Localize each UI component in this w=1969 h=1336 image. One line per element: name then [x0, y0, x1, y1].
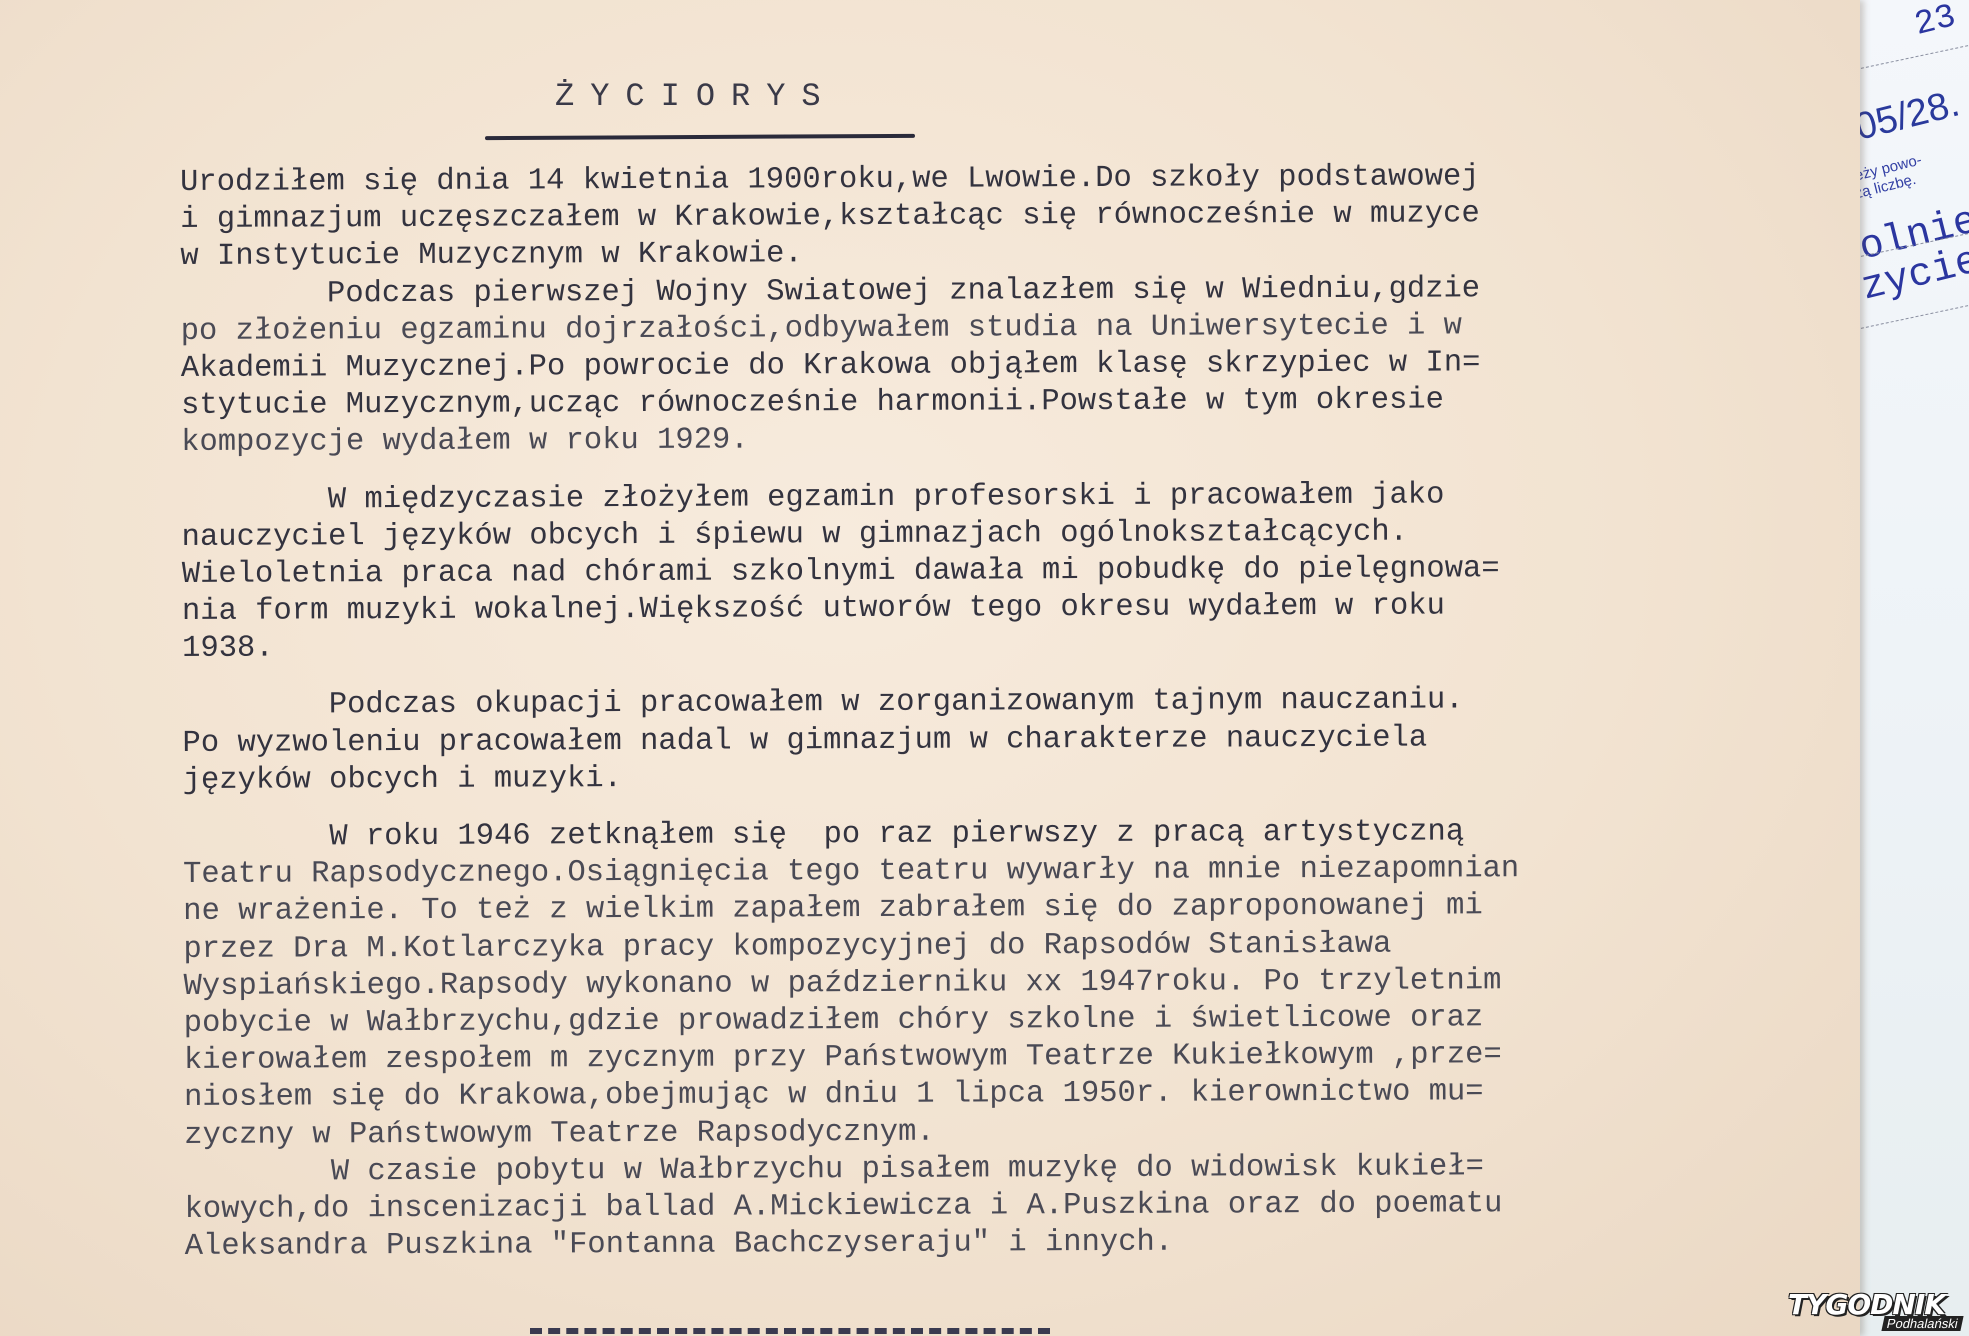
typed-dash-rule	[530, 1328, 1050, 1334]
form-date-fragment: 05/28.	[1851, 82, 1964, 149]
underlying-form-sheet: 23 05/28. eży powo- zą liczbę. olnie zyc…	[1850, 0, 1969, 1336]
typed-document-sheet: ŻYCIORYS Urodziłem się dnia 14 kwietnia …	[0, 0, 1860, 1336]
document-title: ŻYCIORYS	[555, 78, 837, 115]
photo-scene: 23 05/28. eży powo- zą liczbę. olnie zyc…	[0, 0, 1969, 1336]
text-line: Aleksandra Puszkina "Fontanna Bachczyser…	[185, 1222, 1865, 1267]
document-body: Urodziłem się dnia 14 kwietnia 1900roku,…	[180, 158, 1865, 1267]
watermark-subtitle: Podhalański	[1882, 1316, 1964, 1331]
title-underline	[485, 134, 915, 140]
form-dashed-line	[1851, 41, 1969, 71]
tygodnik-podhalanski-watermark: TYGODNIK Podhalański	[1788, 1288, 1966, 1334]
form-number: 23	[1911, 0, 1960, 45]
